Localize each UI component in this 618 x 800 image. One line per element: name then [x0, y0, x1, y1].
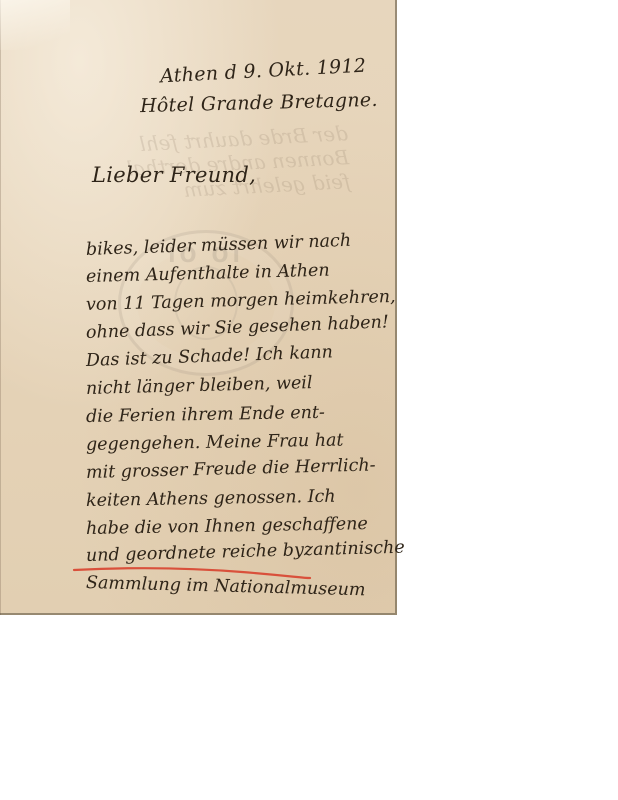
red-pencil-underline: [72, 566, 312, 580]
salutation: Lieber Freund,: [92, 163, 256, 187]
body-line: habe die von Ihnen geschaffene: [86, 514, 368, 539]
letter-place: Hôtel Grande Bretagne.: [140, 89, 378, 117]
body-line: und geordnete reiche byzantinische: [86, 538, 405, 566]
body-line: die Ferien ihrem Ende ent-: [86, 403, 325, 427]
body-line: Das ist zu Schade! Ich kann: [86, 342, 334, 371]
letter-page: der Brde dauhrt fehl Bonnen andre dortha…: [0, 0, 397, 615]
body-line: gegengehen. Meine Frau hat: [86, 431, 344, 455]
paper-fold: [0, 0, 70, 50]
body-line: nicht länger bleiben, weil: [86, 373, 313, 399]
letter-date: Athen d 9. Okt. 1912: [160, 55, 367, 88]
body-line: keiten Athens genossen. Ich: [86, 487, 336, 511]
body-line: mit grosser Freude die Herrlich-: [86, 455, 376, 483]
